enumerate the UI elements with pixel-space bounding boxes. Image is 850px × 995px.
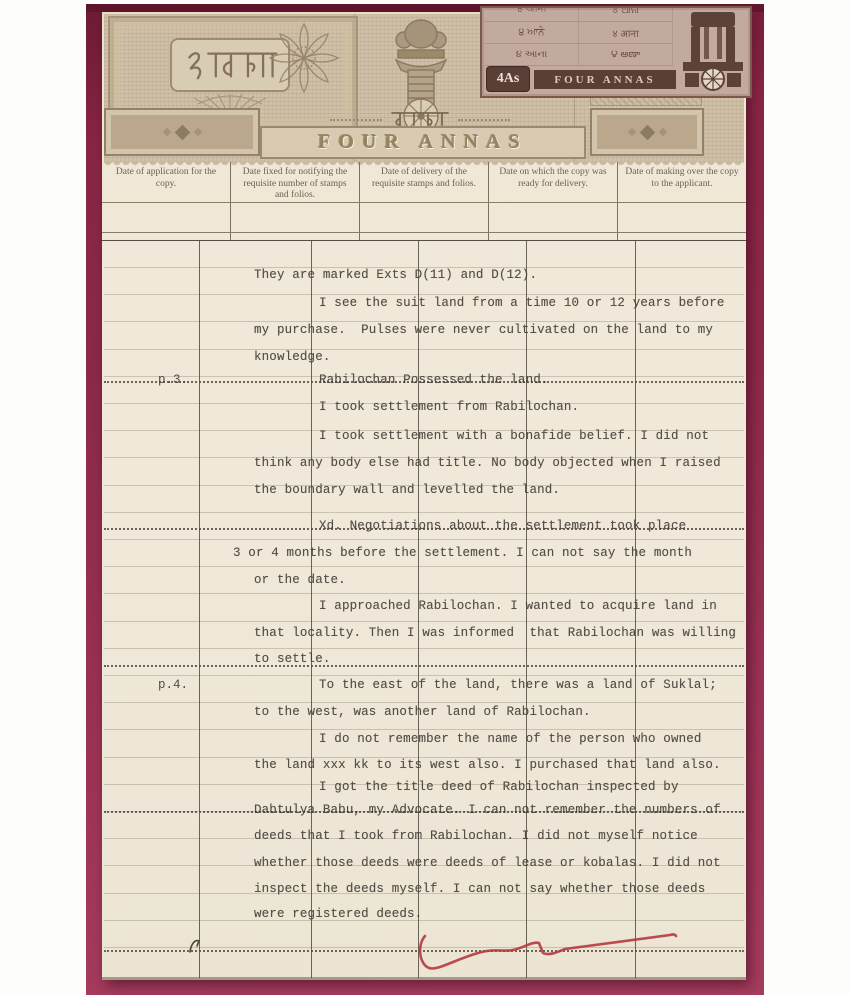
- typed-line: or the date.: [254, 573, 346, 587]
- register-column-label: Date of making over the copy to the appl…: [618, 167, 746, 190]
- typed-line: inspect the deeds myself. I can not say …: [254, 882, 705, 896]
- typed-line: to settle.: [254, 652, 331, 666]
- ink-layer: [102, 912, 746, 978]
- typed-line: the boundary wall and levelled the land.: [254, 483, 560, 497]
- typed-line: think any body else had title. No body o…: [254, 456, 721, 470]
- register-column: Date fixed for notifying the requisite n…: [231, 162, 360, 240]
- typed-line: my purchase. Pulses were never cultivate…: [254, 323, 713, 337]
- register-column-label: Date fixed for notifying the requisite n…: [231, 167, 359, 202]
- typed-line: I got the title deed of Rabilochan inspe…: [319, 780, 679, 794]
- stamp-four-annas-label: FOUR ANNAS: [534, 70, 676, 89]
- register-column-label: Date on which the copy was ready for del…: [489, 167, 617, 190]
- ruled-line: [104, 729, 744, 730]
- ornament-diamond: [639, 124, 655, 140]
- ruled-line: [104, 349, 744, 350]
- multilingual-script-grid: ৪ আনা୪ ଆନା੪ ਆਨੇ४ आना૪ આના౪ అణా: [485, 6, 673, 68]
- ornament-diamond: [627, 128, 635, 136]
- pen-tick-mark: [190, 941, 199, 952]
- four-annas-stamp: ৪ আনা୪ ଆନା੪ ਆਨੇ४ आना૪ આના౪ అణా 4As FOUR …: [480, 6, 752, 98]
- register-column: Date on which the copy was ready for del…: [489, 162, 618, 240]
- ornament-diamond: [174, 124, 190, 140]
- typed-line: knowledge.: [254, 350, 331, 364]
- ornament-diamond: [162, 128, 170, 136]
- register-column: Date of delivery of the requisite stamps…: [360, 162, 489, 240]
- typed-line: whether those deeds were deeds of lease …: [254, 856, 721, 870]
- typed-line: I took settlement from Rabilochan.: [319, 400, 579, 414]
- typed-line: the land xxx kk to its west also. I purc…: [254, 758, 721, 772]
- register-column: Date of application for the copy.: [102, 162, 231, 240]
- typed-line: I took settlement with a bonafide belief…: [319, 429, 709, 443]
- typed-line: I approached Rabilochan. I wanted to acq…: [319, 599, 717, 613]
- copy-register-header: Date of application for the copy. Date f…: [102, 162, 746, 240]
- typed-line: They are marked Exts D(11) and D(12).: [254, 268, 537, 282]
- document-photo: FOUR ANNAS ৪ আনা୪ ଆନା੪ ਆਨੇ४ आना૪ આના౪ అణ…: [0, 0, 850, 995]
- page-margin-note: p.4.: [158, 678, 188, 692]
- stamp-script-text: ੪ ਆਨੇ: [485, 22, 579, 44]
- right-cartouche: [590, 108, 704, 156]
- ruled-line: [104, 593, 744, 594]
- ornament-diamond: [193, 128, 201, 136]
- left-cartouche: [104, 108, 260, 156]
- typed-line: deeds that I took from Rabilochan. I did…: [254, 829, 698, 843]
- ruled-line: [104, 566, 744, 567]
- ruled-line: [104, 621, 744, 622]
- ruled-line: [104, 539, 744, 540]
- ornament-diamond: [658, 128, 666, 136]
- lion-capital-icon: [678, 10, 748, 92]
- register-column-label: Date of delivery of the requisite stamps…: [360, 167, 488, 190]
- page-margin-note: p.3.: [158, 373, 188, 387]
- typed-line: I see the suit land from a time 10 or 12…: [319, 296, 725, 310]
- stamp-paper: FOUR ANNAS ৪ আনা୪ ଆନା੪ ਆਨੇ४ आना૪ આના౪ అణ…: [102, 12, 746, 980]
- typed-line: Xd. Negotiations about the settlement to…: [319, 519, 686, 533]
- typed-line: that locality. Then I was informed that …: [254, 626, 736, 640]
- register-bottom-line: [102, 232, 746, 233]
- stamp-script-text: ౪ అణా: [579, 44, 673, 66]
- ruled-line: [104, 702, 744, 703]
- typed-dotted-line: [104, 665, 744, 667]
- typed-line: Rabilochan Possessed the land.: [319, 373, 549, 387]
- register-column: Date of making over the copy to the appl…: [618, 162, 746, 240]
- four-annas-banner: FOUR ANNAS: [260, 126, 586, 159]
- typed-line: Dabtulya Babu, my Advocate. I can not re…: [254, 803, 721, 817]
- stamp-script-text: ৪ আনা: [485, 6, 579, 22]
- register-column-label: Date of application for the copy.: [102, 167, 230, 190]
- typed-line: to the west, was another land of Rabiloc…: [254, 705, 591, 719]
- typed-line: 3 or 4 months before the settlement. I c…: [233, 546, 692, 560]
- ruled-line: [104, 648, 744, 649]
- ruled-line: [104, 675, 744, 676]
- stamp-script-text: ૪ આના: [485, 44, 579, 66]
- stamp-value-badge: 4As: [486, 66, 530, 92]
- column-rule: [199, 240, 200, 978]
- stamp-script-text: ४ आना: [579, 22, 673, 44]
- typed-line: To the east of the land, there was a lan…: [319, 678, 717, 692]
- rosette-engraving: [256, 18, 352, 98]
- register-underline: [102, 202, 746, 203]
- typed-line: I do not remember the name of the person…: [319, 732, 702, 746]
- stamp-script-text: ୪ ଆନା: [579, 6, 673, 22]
- red-signature: [420, 934, 676, 968]
- ruled-line: [104, 512, 744, 513]
